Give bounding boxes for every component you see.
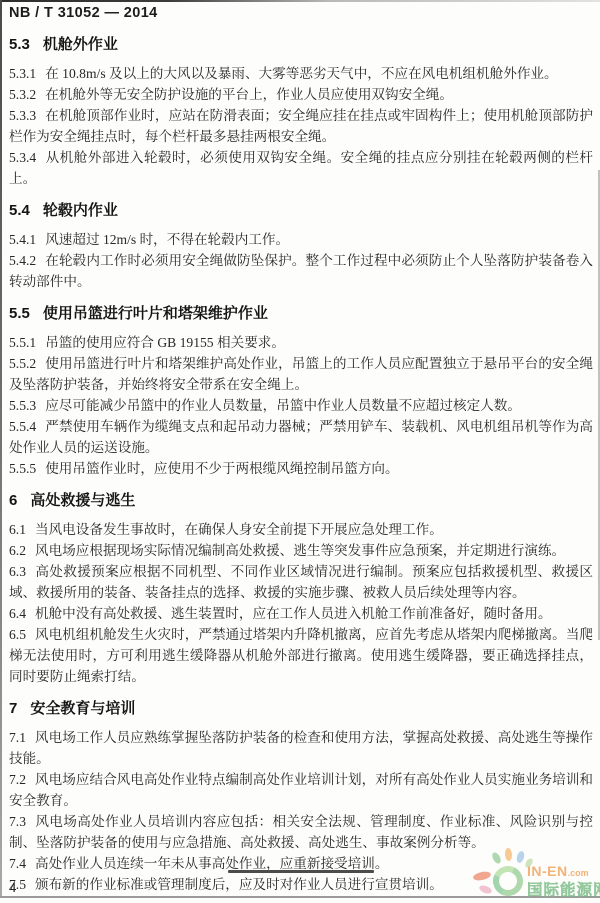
clause-text: 在轮毂内工作时必须用安全绳做防坠保护。整个工作过程中必须防止个人坠落防护装备卷入… xyxy=(9,253,593,289)
clause-5-5-3: 5.5.3应尽可能减少吊篮中的作业人员数量，吊篮中作业人员数量不应超过核定人数。 xyxy=(9,395,593,416)
clause-text: 在机舱顶部作业时，应站在防滑表面；安全绳应挂在挂点或牢固构件上；使用机舱顶部防护… xyxy=(9,108,593,144)
clause-text: 在机舱外等无安全防护设施的平台上，作业人员应使用双钩安全绳。 xyxy=(45,87,453,102)
section-heading-5-3: 5.3机舱外作业 xyxy=(9,35,593,54)
clause-number: 5.4.1 xyxy=(9,232,36,247)
clause-number: 6.2 xyxy=(9,543,26,558)
clause-text: 风电场应结合风电高处作业特点编制高处作业培训计划，对所有高处作业人员实施业务培训… xyxy=(9,772,593,808)
section-heading-6: 6高处救援与逃生 xyxy=(9,491,593,510)
clause-6-4: 6.4机舱中没有高处救援、逃生装置时，应在工作人员进入机舱工作前准备好，随时备用… xyxy=(9,603,593,624)
watermark-cn-name: 国际能源网 xyxy=(527,883,600,899)
section-title: 机舱外作业 xyxy=(43,36,118,53)
clause-number: 5.3.1 xyxy=(9,66,36,81)
clause-text: 当风电设备发生事故时，在确保人身安全前提下开展应急处理工作。 xyxy=(35,522,443,537)
logo-petal-icon xyxy=(472,870,491,882)
clause-5-5-5: 5.5.5使用吊篮作业时，应使用不少于两根缆风绳控制吊篮方向。 xyxy=(9,458,593,479)
clause-number: 7.1 xyxy=(9,730,26,745)
clause-number: 6.1 xyxy=(9,522,26,537)
clause-6-2: 6.2风电场应根据现场实际情况编制高处救援、逃生等突发事件应急预案，并定期进行演… xyxy=(9,540,593,561)
clause-5-5-2: 5.5.2使用吊篮进行叶片和塔架维护高处作业，吊篮上的工作人员应配置独立于悬吊平… xyxy=(9,353,593,395)
standard-number-header: NB / T 31052 — 2014 xyxy=(9,4,593,22)
clause-number: 6.4 xyxy=(9,606,26,621)
section-title: 高处救援与逃生 xyxy=(30,492,135,509)
logo-petal-icon xyxy=(515,850,525,863)
clause-text: 风电场高处作业人员培训内容应包括：相关安全法规、管理制度、作业标准、风险识别与控… xyxy=(9,814,593,850)
watermark-text: IN-EN.com 国际能源网 xyxy=(527,864,600,899)
clause-number: 5.5.3 xyxy=(9,398,36,413)
clause-number: 5.5.5 xyxy=(9,461,36,476)
clause-number: 6.3 xyxy=(9,564,26,579)
logo-petal-icon xyxy=(491,851,503,865)
section-heading-5-4: 5.4轮毂内作业 xyxy=(9,201,593,220)
clause-number: 5.4.2 xyxy=(9,253,36,268)
end-of-text-bar xyxy=(228,870,374,873)
section-number: 5.3 xyxy=(9,36,30,53)
clause-5-4-2: 5.4.2在轮毂内工作时必须用安全绳做防坠保护。整个工作过程中必须防止个人坠落防… xyxy=(9,250,593,292)
clause-number: 5.3.3 xyxy=(9,108,36,123)
clause-number: 7.3 xyxy=(9,814,26,829)
clause-number: 5.3.4 xyxy=(9,150,36,165)
clause-number: 7.4 xyxy=(9,856,26,871)
section-number: 5.5 xyxy=(9,305,30,322)
clause-text: 从机舱外部进入轮毂时，必须使用双钩安全绳。安全绳的挂点应分别挂在轮毂两侧的栏杆上… xyxy=(9,150,593,186)
clause-number: 7.2 xyxy=(9,772,26,787)
clause-6-5: 6.5风电机组机舱发生火灾时，严禁通过塔架内升降机撤离，应首先考虑从塔架内爬梯撤… xyxy=(9,624,593,687)
clause-5-5-1: 5.5.1吊篮的使用应符合 GB 19155 相关要求。 xyxy=(9,332,593,353)
clause-number: 5.3.2 xyxy=(9,87,36,102)
clause-text: 高处救援预案应根据不同机型、不同作业区域情况进行编制。预案应包括救援机型、救援区… xyxy=(9,564,593,600)
section-number: 7 xyxy=(9,700,17,717)
document-page: NB / T 31052 — 2014 5.3机舱外作业 5.3.1在 10.8… xyxy=(0,0,600,895)
clause-5-3-1: 5.3.1在 10.8m/s 及以上的大风以及暴雨、大雾等恶劣天气中，不应在风电… xyxy=(9,63,593,84)
clause-text: 风电场应根据现场实际情况编制高处救援、逃生等突发事件应急预案，并定期进行演练。 xyxy=(35,543,565,558)
section-heading-7: 7安全教育与培训 xyxy=(9,699,593,718)
clause-text: 高处作业人员连续一年未从事高处作业，应重新接受培训。 xyxy=(35,856,388,871)
page-number: 4 xyxy=(9,880,16,897)
clause-6-1: 6.1当风电设备发生事故时，在确保人身安全前提下开展应急处理工作。 xyxy=(9,519,593,540)
clause-text: 吊篮的使用应符合 GB 19155 相关要求。 xyxy=(45,335,285,350)
clause-text: 使用吊篮进行叶片和塔架维护高处作业，吊篮上的工作人员应配置独立于悬吊平台的安全绳… xyxy=(9,356,593,392)
clause-number: 5.5.2 xyxy=(9,356,36,371)
watermark-site-domain: .com xyxy=(568,868,589,878)
clause-5-5-4: 5.5.4严禁使用车辆作为缆绳支点和起吊动力器械；严禁用铲车、装载机、风电机组吊… xyxy=(9,416,593,458)
logo-petal-icon xyxy=(505,848,513,861)
document-body: 5.3机舱外作业 5.3.1在 10.8m/s 及以上的大风以及暴雨、大雾等恶劣… xyxy=(9,35,593,895)
clause-number: 6.5 xyxy=(9,627,26,642)
clause-text: 严禁使用车辆作为缆绳支点和起吊动力器械；严禁用铲车、装载机、风电机组吊机等作为高… xyxy=(9,419,593,455)
section-number: 6 xyxy=(9,492,17,509)
clause-text: 应尽可能减少吊篮中的作业人员数量，吊篮中作业人员数量不应超过核定人数。 xyxy=(45,398,521,413)
logo-petal-icon xyxy=(478,884,493,895)
watermark-logo: IN-EN.com 国际能源网 xyxy=(471,846,599,902)
clause-5-3-2: 5.3.2在机舱外等无安全防护设施的平台上，作业人员应使用双钩安全绳。 xyxy=(9,84,593,105)
clause-text: 使用吊篮作业时，应使用不少于两根缆风绳控制吊篮方向。 xyxy=(45,461,398,476)
section-heading-5-5: 5.5使用吊篮进行叶片和塔架维护作业 xyxy=(9,304,593,323)
watermark-site-name: IN-EN xyxy=(527,863,568,879)
clause-7-1: 7.1风电场工作人员应熟练掌握坠落防护装备的检查和使用方法，掌握高处救援、高处逃… xyxy=(9,727,593,769)
section-title: 安全教育与培训 xyxy=(30,700,135,717)
clause-5-3-3: 5.3.3在机舱顶部作业时，应站在防滑表面；安全绳应挂在挂点或牢固构件上；使用机… xyxy=(9,105,593,147)
clause-number: 5.5.4 xyxy=(9,419,36,434)
clause-5-3-4: 5.3.4从机舱外部进入轮毂时，必须使用双钩安全绳。安全绳的挂点应分别挂在轮毂两… xyxy=(9,147,593,189)
clause-6-3: 6.3高处救援预案应根据不同机型、不同作业区域情况进行编制。预案应包括救援机型、… xyxy=(9,561,593,603)
section-title: 使用吊篮进行叶片和塔架维护作业 xyxy=(43,305,268,322)
clause-5-4-1: 5.4.1风速超过 12m/s 时，不得在轮毂内工作。 xyxy=(9,229,593,250)
clause-text: 机舱中没有高处救援、逃生装置时，应在工作人员进入机舱工作前准备好，随时备用。 xyxy=(35,606,552,621)
clause-text: 风电场工作人员应熟练掌握坠落防护装备的检查和使用方法，掌握高处救援、高处逃生等操… xyxy=(9,730,593,766)
clause-text: 在 10.8m/s 及以上的大风以及暴雨、大雾等恶劣天气中，不应在风电机组机舱外… xyxy=(45,66,557,81)
clause-text: 颁布新的作业标准或管理制度后，应及时对作业人员进行宣贯培训。 xyxy=(35,877,443,892)
clause-7-2: 7.2风电场应结合风电高处作业特点编制高处作业培训计划，对所有高处作业人员实施业… xyxy=(9,769,593,811)
section-title: 轮毂内作业 xyxy=(43,202,118,219)
clause-text: 风速超过 12m/s 时，不得在轮毂内工作。 xyxy=(45,232,289,247)
logo-ring-icon xyxy=(489,862,527,900)
clause-text: 风电机组机舱发生火灾时，严禁通过塔架内升降机撤离，应首先考虑从塔架内爬梯撤离。当… xyxy=(9,627,593,684)
clause-number: 5.5.1 xyxy=(9,335,36,350)
section-number: 5.4 xyxy=(9,202,30,219)
